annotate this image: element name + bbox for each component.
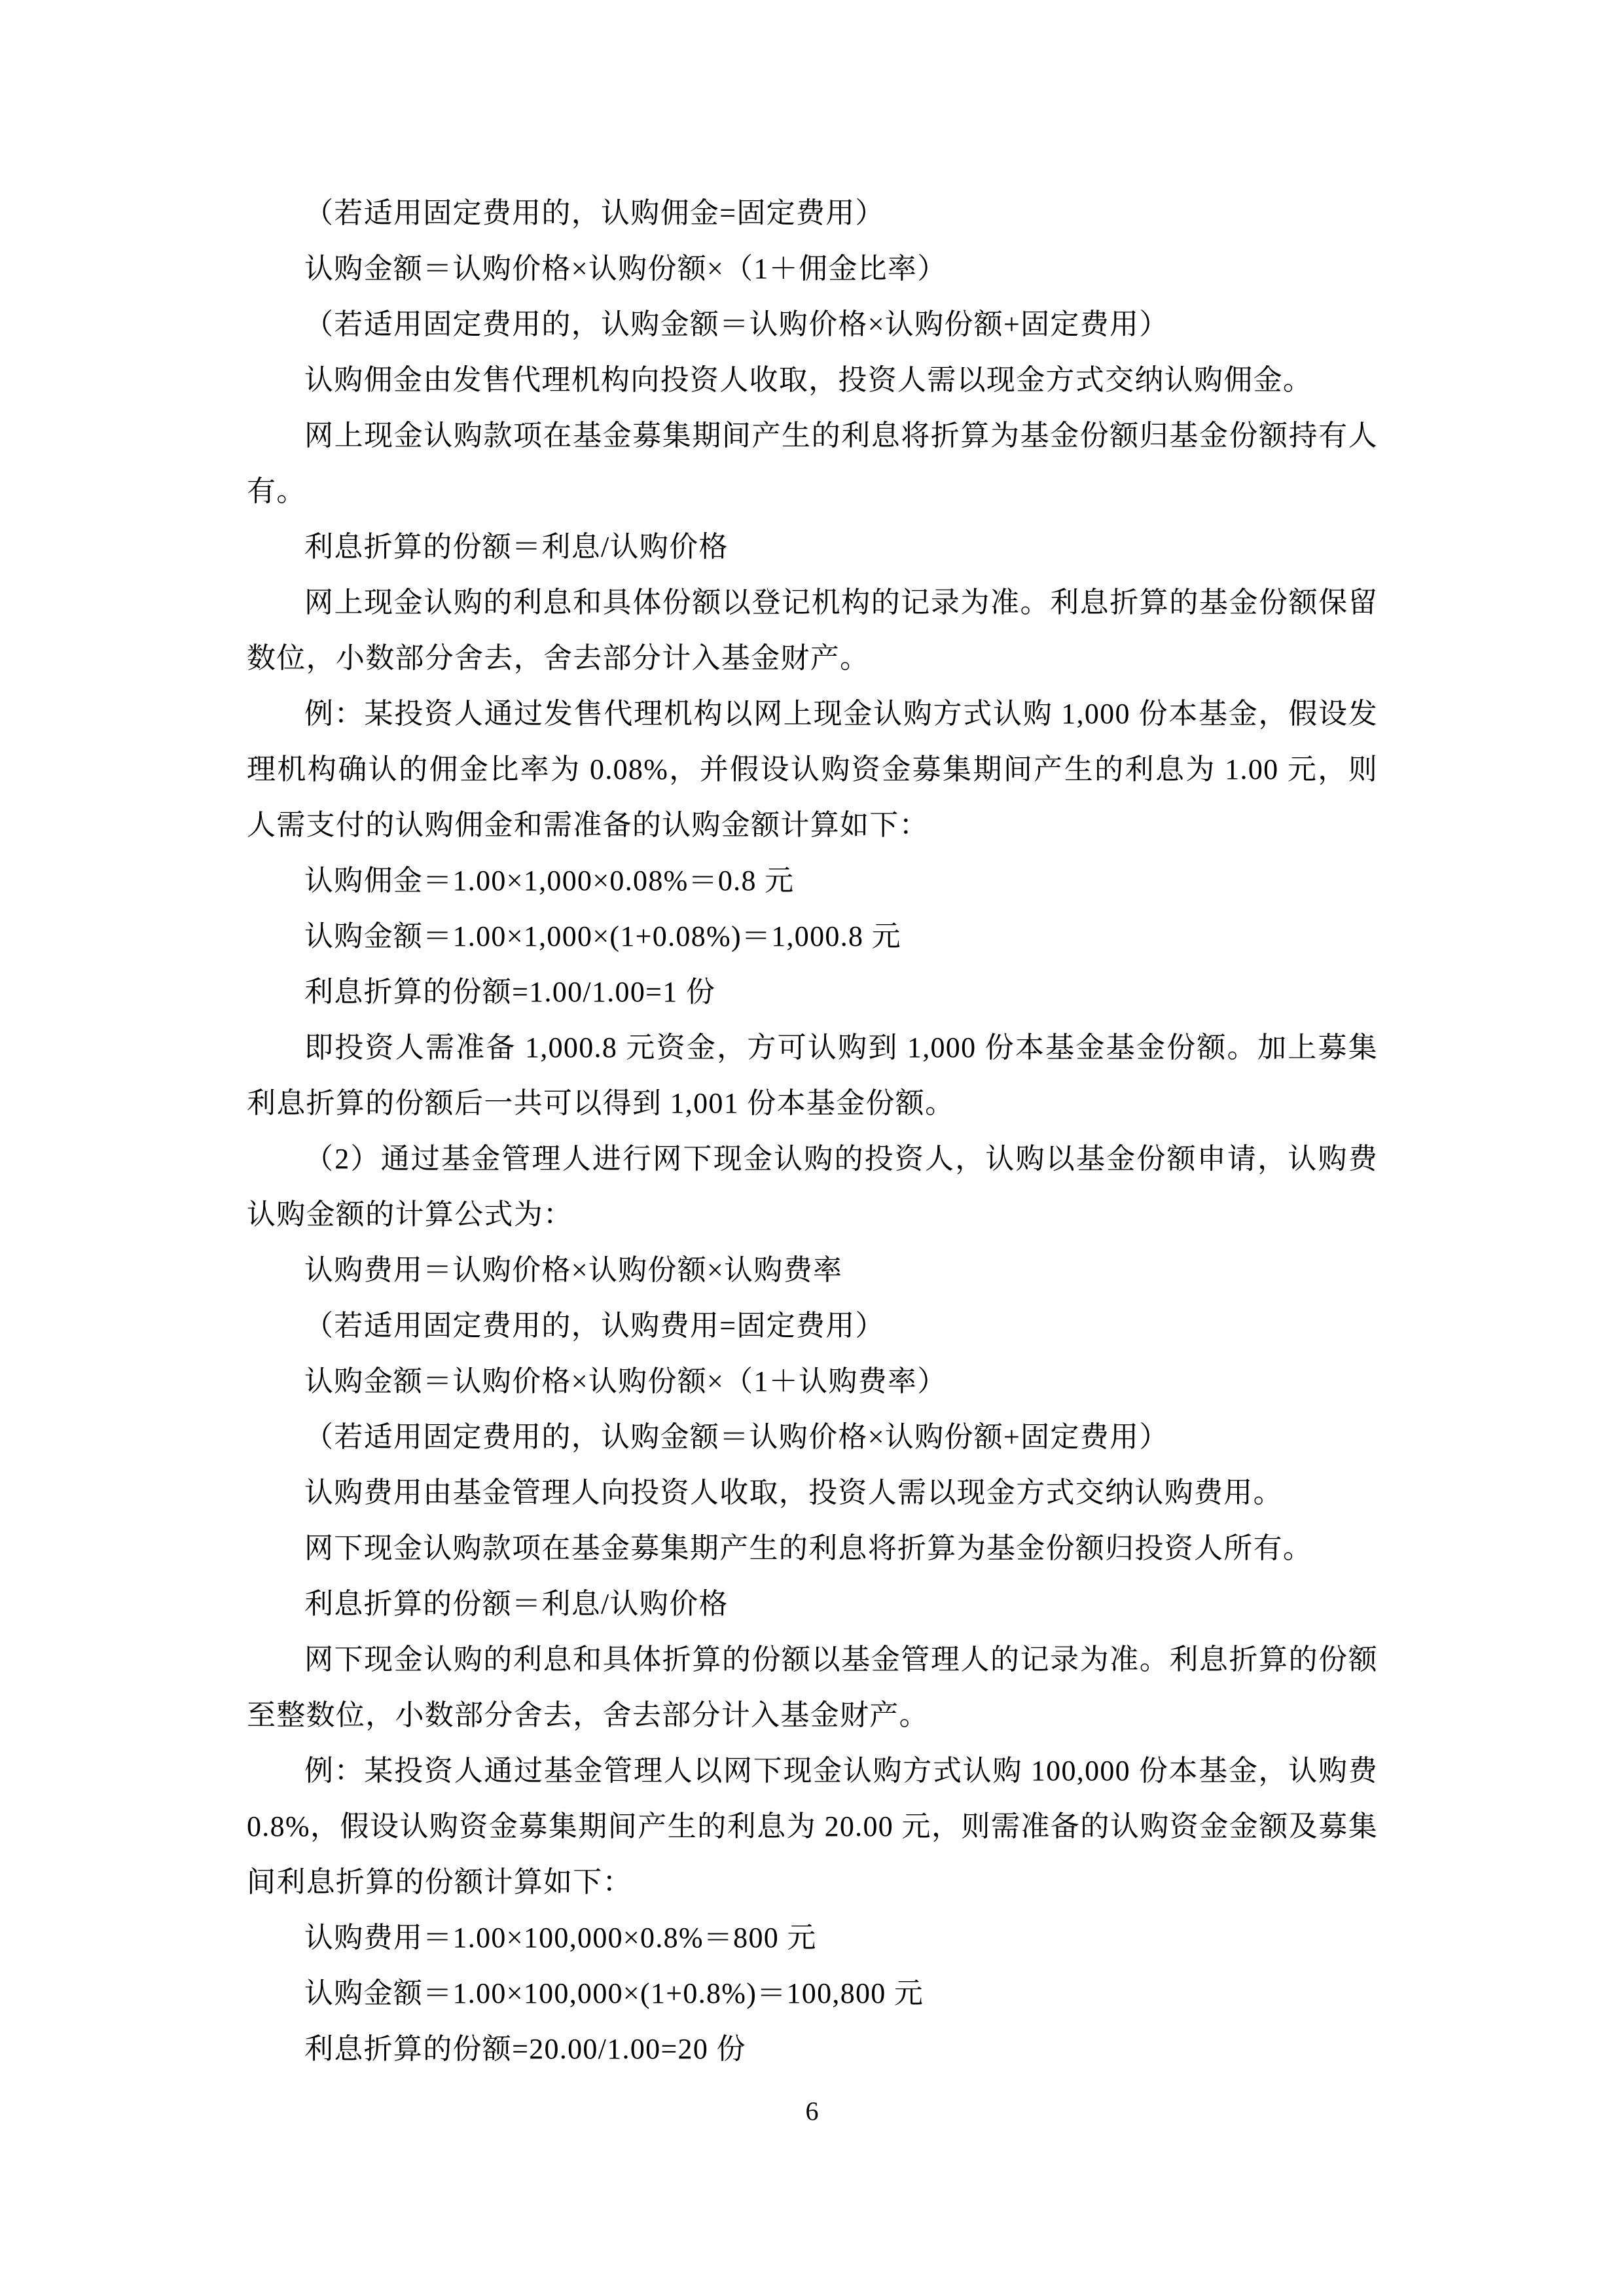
text-line: 间利息折算的份额计算如下： bbox=[247, 1854, 1378, 1910]
text-line: 网下现金认购的利息和具体折算的份额以基金管理人的记录为准。利息折算的份额保留 bbox=[247, 1632, 1378, 1687]
text-line: 利息折算的份额后一共可以得到 1,001 份本基金份额。 bbox=[247, 1075, 1378, 1131]
text-line: （若适用固定费用的，认购佣金=固定费用） bbox=[247, 185, 1378, 241]
text-line: 即投资人需准备 1,000.8 元资金，方可认购到 1,000 份本基金基金份额… bbox=[247, 1020, 1378, 1075]
page-number: 6 bbox=[0, 2092, 1624, 2131]
text-line: 认购金额＝1.00×100,000×(1+0.8%)＝100,800 元 bbox=[247, 1965, 1378, 2021]
text-line: 认购费用＝认购价格×认购份额×认购费率 bbox=[247, 1242, 1378, 1298]
page-content: （若适用固定费用的，认购佣金=固定费用）认购金额＝认购价格×认购份额×（1＋佣金… bbox=[247, 185, 1378, 2077]
text-line: 认购金额的计算公式为： bbox=[247, 1187, 1378, 1242]
text-line: 利息折算的份额=20.00/1.00=20 份 bbox=[247, 2021, 1378, 2077]
text-line: 0.8%，假设认购资金募集期间产生的利息为 20.00 元，则需准备的认购资金金… bbox=[247, 1799, 1378, 1854]
text-line: 有。 bbox=[247, 463, 1378, 519]
text-line: 利息折算的份额=1.00/1.00=1 份 bbox=[247, 964, 1378, 1020]
text-line: 利息折算的份额＝利息/认购价格 bbox=[247, 519, 1378, 575]
text-line: 例：某投资人通过基金管理人以网下现金认购方式认购 100,000 份本基金，认购… bbox=[247, 1743, 1378, 1799]
text-line: 利息折算的份额＝利息/认购价格 bbox=[247, 1576, 1378, 1632]
text-line: （若适用固定费用的，认购金额＝认购价格×认购份额+固定费用） bbox=[247, 1409, 1378, 1465]
text-line: 认购金额＝认购价格×认购份额×（1＋佣金比率） bbox=[247, 241, 1378, 296]
text-line: 例：某投资人通过发售代理机构以网上现金认购方式认购 1,000 份本基金，假设发… bbox=[247, 686, 1378, 742]
text-line: 认购佣金由发售代理机构向投资人收取，投资人需以现金方式交纳认购佣金。 bbox=[247, 352, 1378, 408]
text-line: 认购佣金＝1.00×1,000×0.08%＝0.8 元 bbox=[247, 853, 1378, 908]
text-line: 认购金额＝认购价格×认购份额×（1＋认购费率） bbox=[247, 1354, 1378, 1409]
text-line: 认购费用＝1.00×100,000×0.8%＝800 元 bbox=[247, 1910, 1378, 1965]
text-line: 网上现金认购款项在基金募集期间产生的利息将折算为基金份额归基金份额持有人所 bbox=[247, 408, 1378, 463]
text-line: 认购费用由基金管理人向投资人收取，投资人需以现金方式交纳认购费用。 bbox=[247, 1465, 1378, 1520]
text-line: 认购金额＝1.00×1,000×(1+0.08%)＝1,000.8 元 bbox=[247, 908, 1378, 964]
text-line: 理机构确认的佣金比率为 0.08%，并假设认购资金募集期间产生的利息为 1.00… bbox=[247, 742, 1378, 797]
text-line: （2）通过基金管理人进行网下现金认购的投资人，认购以基金份额申请，认购费用、 bbox=[247, 1131, 1378, 1187]
text-line: （若适用固定费用的，认购费用=固定费用） bbox=[247, 1298, 1378, 1354]
document-page: （若适用固定费用的，认购佣金=固定费用）认购金额＝认购价格×认购份额×（1＋佣金… bbox=[0, 0, 1624, 2296]
text-line: 数位，小数部分舍去，舍去部分计入基金财产。 bbox=[247, 630, 1378, 686]
text-line: 人需支付的认购佣金和需准备的认购金额计算如下： bbox=[247, 797, 1378, 853]
text-line: （若适用固定费用的，认购金额＝认购价格×认购份额+固定费用） bbox=[247, 296, 1378, 352]
text-line: 网上现金认购的利息和具体份额以登记机构的记录为准。利息折算的基金份额保留至整 bbox=[247, 575, 1378, 630]
text-line: 网下现金认购款项在基金募集期产生的利息将折算为基金份额归投资人所有。 bbox=[247, 1520, 1378, 1576]
text-line: 至整数位，小数部分舍去，舍去部分计入基金财产。 bbox=[247, 1687, 1378, 1743]
